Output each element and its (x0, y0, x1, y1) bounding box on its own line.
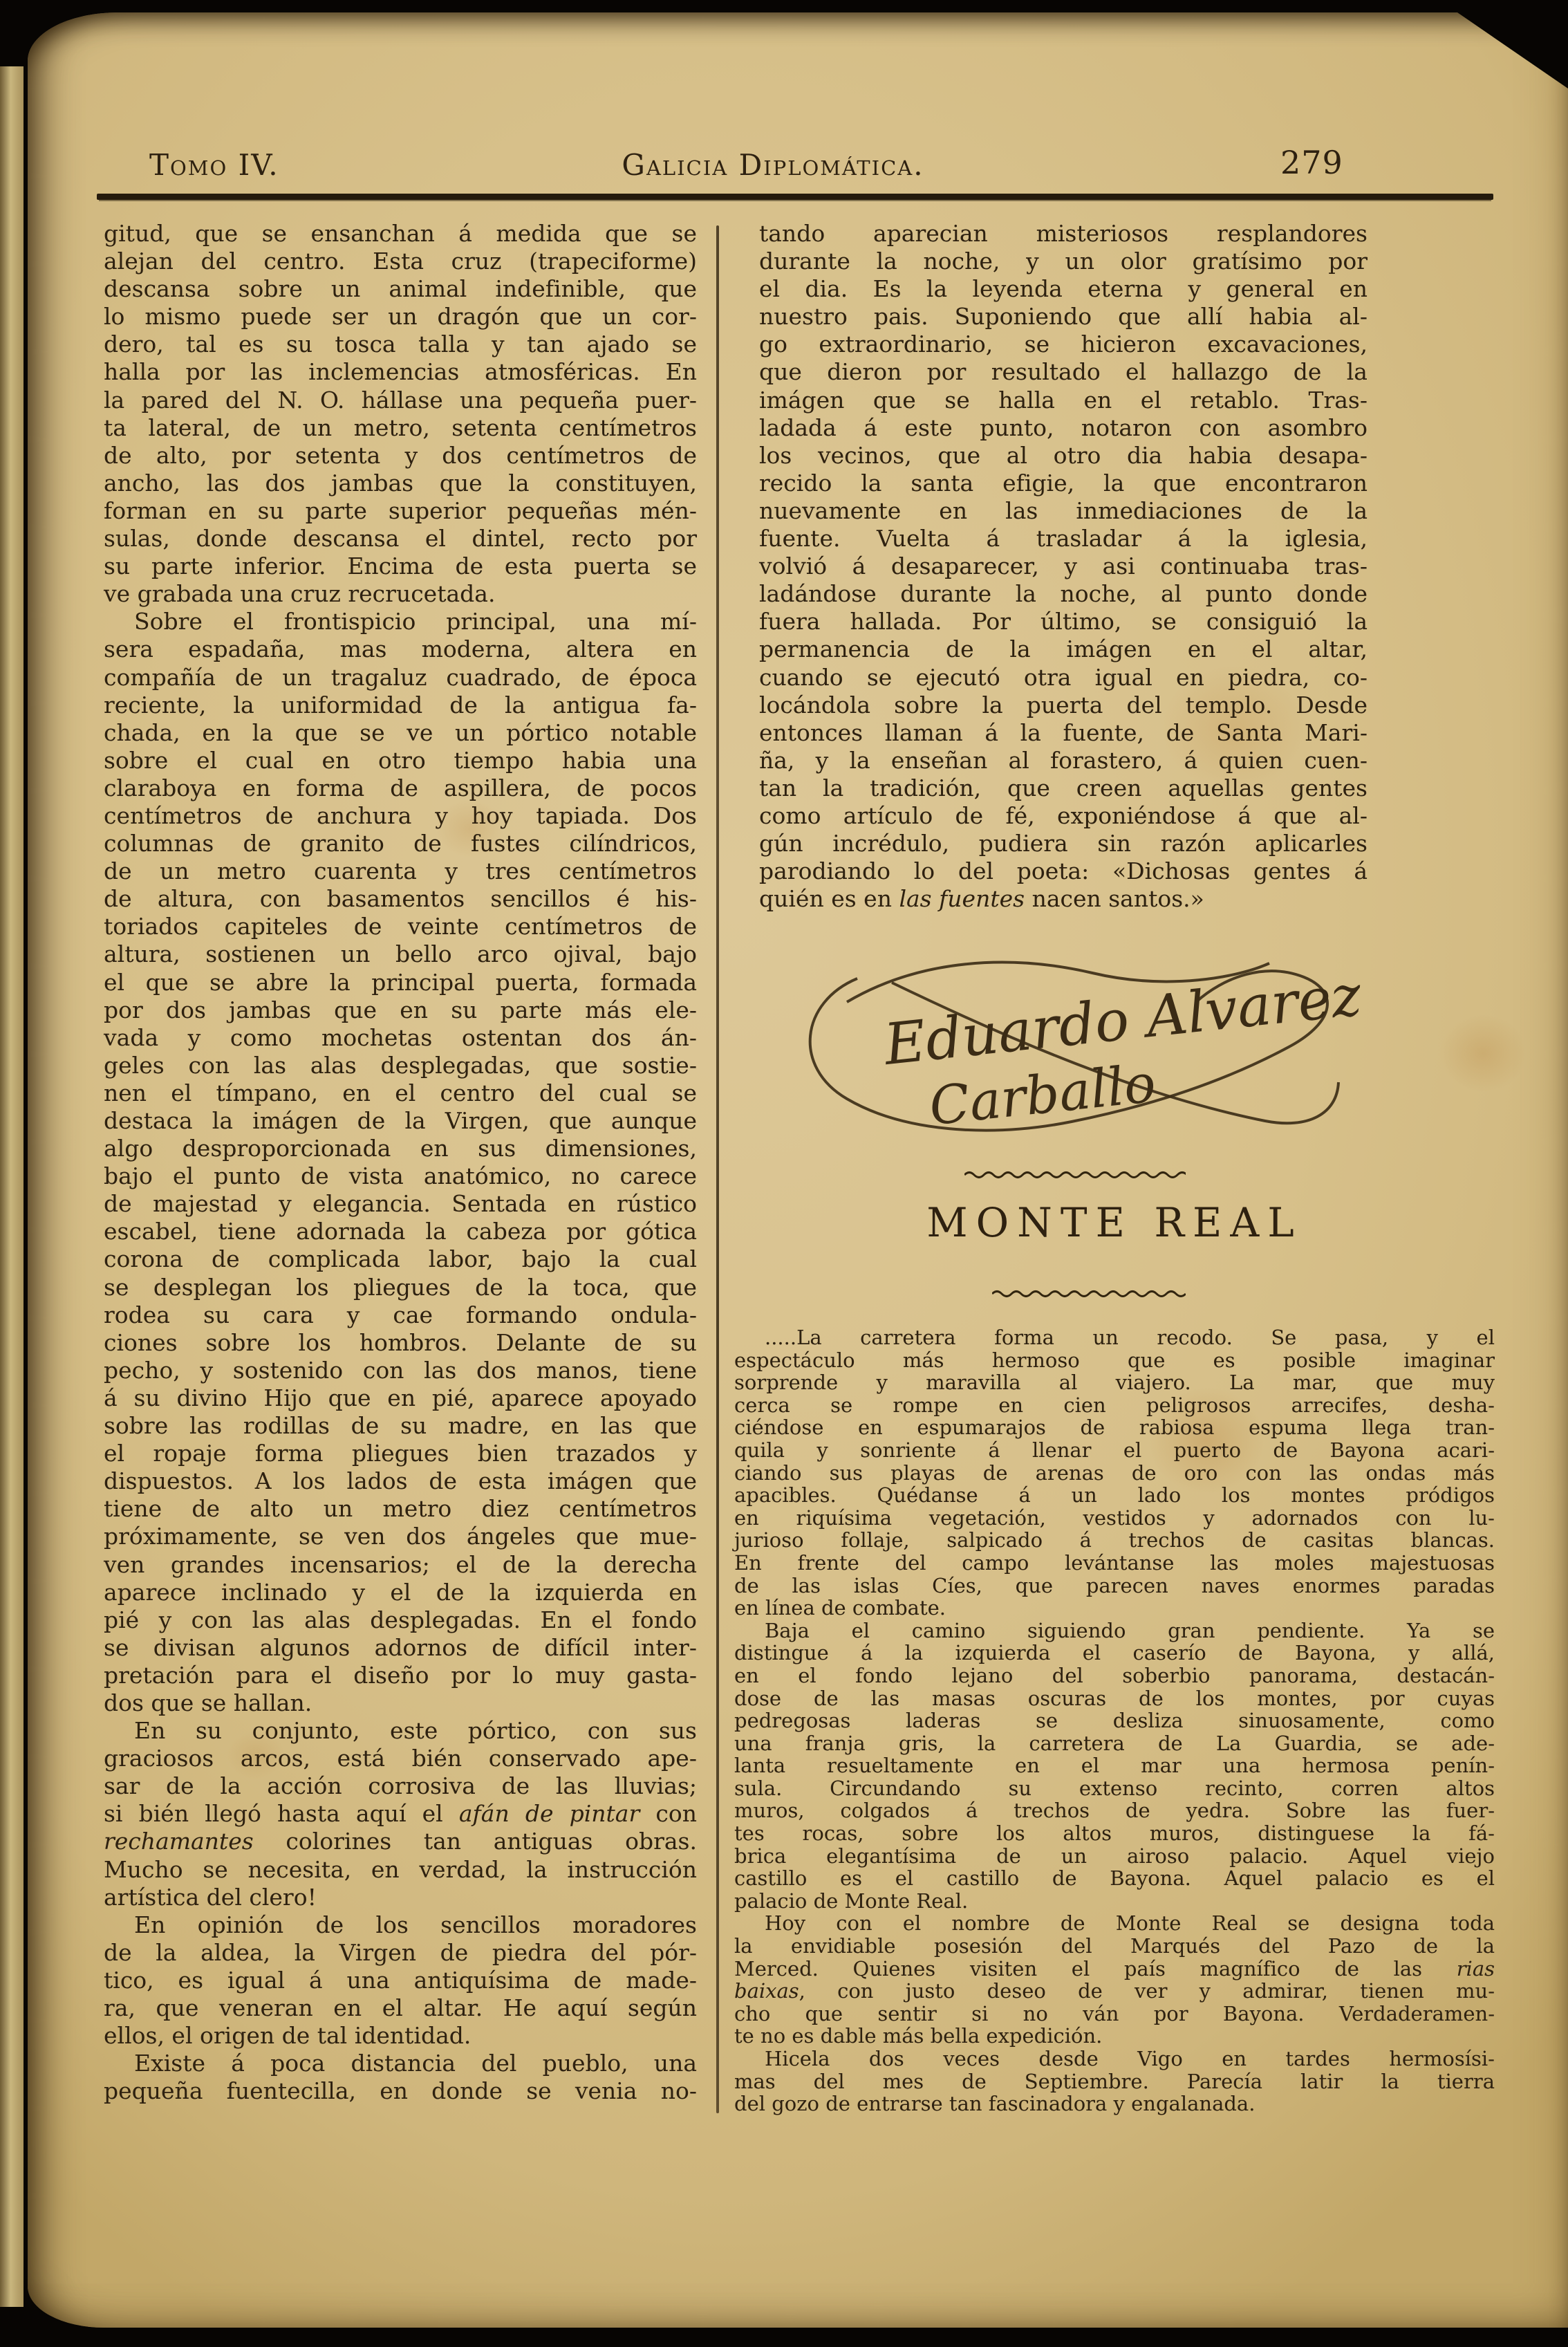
text-line: dos que se hallan. (104, 1689, 697, 1717)
header-rule (97, 194, 1493, 200)
text-line: apacibles. Quédanse á un lado los montes… (734, 1484, 1495, 1507)
text-line: nuestro pais. Suponiendo que allí habia … (759, 303, 1368, 331)
text-line: sula. Circundando su extenso recinto, co… (734, 1777, 1495, 1800)
text-line: una franja gris, la carretera de La Guar… (734, 1732, 1495, 1755)
text-line: de altura, con basamentos sencillos é hi… (104, 885, 697, 913)
text-line: locándola sobre la puerta del templo. De… (759, 692, 1368, 719)
text-line: claraboya en forma de aspillera, de poco… (104, 774, 697, 802)
text-line: pretación para el diseño por lo muy gast… (104, 1662, 697, 1689)
text-line: si bién llegó hasta aquí el afán de pint… (104, 1800, 697, 1828)
text-line: de las islas Cíes, que parecen naves eno… (734, 1575, 1495, 1597)
text-line: columnas de granito de fustes cilíndrico… (104, 830, 697, 857)
photo-top-edge (0, 0, 1568, 11)
text-line: Sobre el frontispicio principal, una mí- (104, 608, 697, 636)
text-line: pié y con las alas desplegadas. En el fo… (104, 1606, 697, 1634)
page: Tomo IV. Galicia Diplomática. 279 gitud,… (28, 12, 1568, 2328)
text-line: cerca se rompe en cien peligrosos arreci… (734, 1394, 1495, 1417)
text-line: te no es dable más bella expedición. (734, 2025, 1495, 2048)
text-line: la pared del N. O. hállase una pequeña p… (104, 387, 697, 414)
text-line: escabel, tiene adornada la cabeza por gó… (104, 1218, 697, 1245)
text-line: nuevamente en las inmediaciones de la (759, 497, 1368, 525)
text-line: ve grabada una cruz recrucetada. (104, 580, 697, 608)
text-line: permanencia de la imágen en el altar, (759, 636, 1368, 663)
text-line: del gozo de entrarse tan fascinadora y e… (734, 2093, 1495, 2115)
text-line: parodiando lo del poeta: «Dichosas gente… (759, 857, 1368, 885)
wavy-rule-icon (992, 1288, 1186, 1301)
text-line: de la aldea, la Virgen de piedra del pór… (104, 1939, 697, 1967)
text-line: algo desproporcionada en sus dimensiones… (104, 1135, 697, 1162)
text-line: halla por las inclemencias atmosféricas.… (104, 358, 697, 386)
section-title: MONTE REAL (734, 1199, 1495, 1246)
text-line: el que se abre la principal puerta, form… (104, 969, 697, 996)
text-line: en riquísima vegetación, vestidos y ador… (734, 1507, 1495, 1530)
text-line: centímetros de anchura y hoy tapiada. Do… (104, 802, 697, 830)
text-line: sorprende y maravilla al viajero. La mar… (734, 1371, 1495, 1394)
text-line: á su divino Hijo que en pié, aparece apo… (104, 1384, 697, 1412)
text-line: ellos, el origen de tal identidad. (104, 2022, 697, 2050)
column-divider (716, 225, 719, 2113)
text-line: distingue á la izquierda el caserío de B… (734, 1642, 1495, 1664)
text-line: muros, colgados á trechos de yedra. Sobr… (734, 1799, 1495, 1822)
text-line: rechamantes colorines tan antiguas obras… (104, 1828, 697, 1855)
text-line: tiene de alto un metro diez centímetros (104, 1495, 697, 1523)
text-line: dispuestos. A los lados de esta imágen q… (104, 1467, 697, 1495)
text-line: ancho, las dos jambas que la constituyen… (104, 470, 697, 497)
text-line: destaca la imágen de la Virgen, que aunq… (104, 1107, 697, 1135)
text-line: toriados capiteles de veinte centímetros… (104, 913, 697, 940)
text-line: de majestad y elegancia. Sentada en rúst… (104, 1190, 697, 1218)
text-line: entonces llaman á la fuente, de Santa Ma… (759, 719, 1368, 747)
photo-bottom-edge (0, 2328, 1568, 2347)
text-line: espectáculo más hermoso que es posible i… (734, 1349, 1495, 1372)
right-column-upper: tando aparecian misteriosos resplandores… (759, 220, 1368, 913)
text-line: ven grandes incensarios; el de la derech… (104, 1551, 697, 1579)
text-line: cho que sentir si no ván por Bayona. Ver… (734, 2003, 1495, 2025)
text-line: go extraordinario, se hicieron excavacio… (759, 331, 1368, 358)
text-line: tico, es igual á una antiquísima de made… (104, 1967, 697, 1994)
text-line: En su conjunto, este pórtico, con sus (104, 1717, 697, 1745)
text-line: graciosos arcos, está bién conservado ap… (104, 1745, 697, 1772)
text-line: en línea de combate. (734, 1597, 1495, 1620)
text-line: fuera hallada. Por último, se consiguió … (759, 608, 1368, 636)
text-line: Baja el camino siguiendo gran pendiente.… (734, 1620, 1495, 1642)
page-corner-shadow (1457, 12, 1568, 89)
signature: Eduardo Alvarez Carballo (781, 936, 1362, 1150)
text-line: los vecinos, que al otro dia habia desap… (759, 442, 1368, 470)
text-line: lo mismo puede ser un dragón que un cor- (104, 303, 697, 331)
text-line: quién es en las fuentes nacen santos.» (759, 885, 1368, 913)
text-line: fuente. Vuelta á trasladar á la iglesia, (759, 525, 1368, 553)
text-line: el dia. Es la leyenda eterna y general e… (759, 275, 1368, 303)
text-line: próximamente, se ven dos ángeles que mue… (104, 1523, 697, 1550)
text-line: de un metro cuarenta y tres centímetros (104, 857, 697, 885)
text-line: En opinión de los sencillos moradores (104, 1911, 697, 1939)
text-line: Mucho se necesita, en verdad, la instruc… (104, 1856, 697, 1884)
text-line: Hoy con el nombre de Monte Real se desig… (734, 1912, 1495, 1935)
text-line: .....La carretera forma un recodo. Se pa… (734, 1326, 1495, 1349)
text-line: palacio de Monte Real. (734, 1890, 1495, 1913)
text-line: gitud, que se ensanchan á medida que se (104, 220, 697, 248)
text-line: ladada á este punto, notaron con asombro (759, 414, 1368, 442)
text-line: pecho, y sostenido con las dos manos, ti… (104, 1357, 697, 1384)
text-line: En frente del campo levántanse las moles… (734, 1552, 1495, 1575)
text-line: sobre el cual en otro tiempo habia una (104, 747, 697, 774)
text-line: sera espadaña, mas moderna, altera en (104, 636, 697, 663)
text-line: como artículo de fé, exponiéndose á que … (759, 802, 1368, 830)
text-line: chada, en la que se ve un pórtico notabl… (104, 719, 697, 747)
text-line: durante la noche, y un olor gratísimo po… (759, 248, 1368, 275)
text-line: alejan del centro. Esta cruz (trapecifor… (104, 248, 697, 275)
text-line: su parte inferior. Encima de esta puerta… (104, 553, 697, 580)
volume-label: Tomo IV. (149, 148, 279, 182)
text-line: que dieron por resultado el hallazgo de … (759, 358, 1368, 386)
text-line: reciente, la uniformidad de la antigua f… (104, 692, 697, 719)
text-line: geles con las alas desplegadas, que sost… (104, 1052, 697, 1079)
text-line: pedregosas laderas se desliza sinuosamen… (734, 1709, 1495, 1732)
text-line: aparece inclinado y el de la izquierda e… (104, 1579, 697, 1606)
text-line: recido la santa efigie, la que encontrar… (759, 470, 1368, 497)
text-line: Existe á poca distancia del pueblo, una (104, 2050, 697, 2077)
text-line: sobre las rodillas de su madre, en las q… (104, 1412, 697, 1440)
left-column: gitud, que se ensanchan á medida que sea… (104, 220, 697, 2105)
text-line: lanta resueltamente en el mar una hermos… (734, 1754, 1495, 1777)
text-line: castillo es el castillo de Bayona. Aquel… (734, 1867, 1495, 1890)
text-line: se desplegan los pliegues de la toca, qu… (104, 1274, 697, 1301)
text-line: tes rocas, sobre los altos muros, distin… (734, 1822, 1495, 1845)
text-line: el ropaje forma pliegues bien trazados y (104, 1440, 697, 1467)
text-line: de alto, por setenta y dos centímetros d… (104, 442, 697, 470)
text-line: baixas, con justo deseo de ver y admirar… (734, 1980, 1495, 2003)
text-line: cuando se ejecutó otra igual en piedra, … (759, 664, 1368, 692)
text-line: gún incrédulo, pudiera sin razón aplicar… (759, 830, 1368, 857)
wavy-rule-icon (964, 1169, 1186, 1182)
text-line: imágen que se halla en el retablo. Tras- (759, 387, 1368, 414)
text-line: compañía de un tragaluz cuadrado, de épo… (104, 664, 697, 692)
text-line: pequeña fuentecilla, en donde se venia n… (104, 2077, 697, 2105)
text-line: Hicela dos veces desde Vigo en tardes he… (734, 2048, 1495, 2070)
text-line: en el fondo lejano del soberbio panorama… (734, 1664, 1495, 1687)
text-line: Merced. Quienes visiten el país magnífic… (734, 1958, 1495, 1980)
text-line: artística del clero! (104, 1884, 697, 1911)
text-line: rodea su cara y cae formando ondula- (104, 1301, 697, 1329)
page-number: 279 (1280, 144, 1343, 181)
text-line: ladándose durante la noche, al punto don… (759, 580, 1368, 608)
text-line: bajo el punto de vista anatómico, no car… (104, 1162, 697, 1190)
text-line: por dos jambas que en su parte más ele- (104, 996, 697, 1024)
text-line: tan la tradición, que creen aquellas gen… (759, 774, 1368, 802)
text-line: ra, que veneran en el altar. He aquí seg… (104, 1994, 697, 2022)
text-line: ciones sobre los hombros. Delante de su (104, 1329, 697, 1357)
text-line: sar de la acción corrosiva de las lluvia… (104, 1772, 697, 1800)
previous-page-edge (0, 66, 24, 2307)
text-line: ta lateral, de un metro, setenta centíme… (104, 414, 697, 442)
right-column-lower: .....La carretera forma un recodo. Se pa… (734, 1326, 1495, 2115)
text-line: descansa sobre un animal indefinible, qu… (104, 275, 697, 303)
text-line: ciéndose en espumarajos de rabiosa espum… (734, 1416, 1495, 1439)
text-line: vada y como mochetas ostentan dos án- (104, 1024, 697, 1052)
text-line: altura, sostienen un bello arco ojival, … (104, 940, 697, 968)
book-photo: Tomo IV. Galicia Diplomática. 279 gitud,… (0, 0, 1568, 2347)
text-line: quila y sonriente á llenar el puerto de … (734, 1439, 1495, 1462)
text-line: nen el tímpano, en el centro del cual se (104, 1079, 697, 1107)
text-line: corona de complicada labor, bajo la cual (104, 1245, 697, 1273)
publication-title: Galicia Diplomática. (622, 148, 924, 182)
text-line: mas del mes de Septiembre. Parecía latir… (734, 2070, 1495, 2093)
text-line: se divisan algunos adornos de difícil in… (104, 1634, 697, 1662)
text-line: dose de las masas oscuras de los montes,… (734, 1687, 1495, 1710)
text-line: sulas, donde descansa el dintel, recto p… (104, 525, 697, 553)
text-line: jurioso follaje, salpicado á trechos de … (734, 1529, 1495, 1552)
text-line: tando aparecian misteriosos resplandores (759, 220, 1368, 248)
text-line: la envidiable posesión del Marqués del P… (734, 1935, 1495, 1958)
text-line: forman en su parte superior pequeñas mén… (104, 497, 697, 525)
text-line: ña, y la enseñan al forastero, á quien c… (759, 747, 1368, 774)
text-line: ciando sus playas de arenas de oro con l… (734, 1462, 1495, 1485)
text-line: volvió á desaparecer, y asi continuaba t… (759, 553, 1368, 580)
text-line: brica elegantísima de un airoso palacio.… (734, 1845, 1495, 1868)
text-line: dero, tal es su tosca talla y tan ajado … (104, 331, 697, 358)
